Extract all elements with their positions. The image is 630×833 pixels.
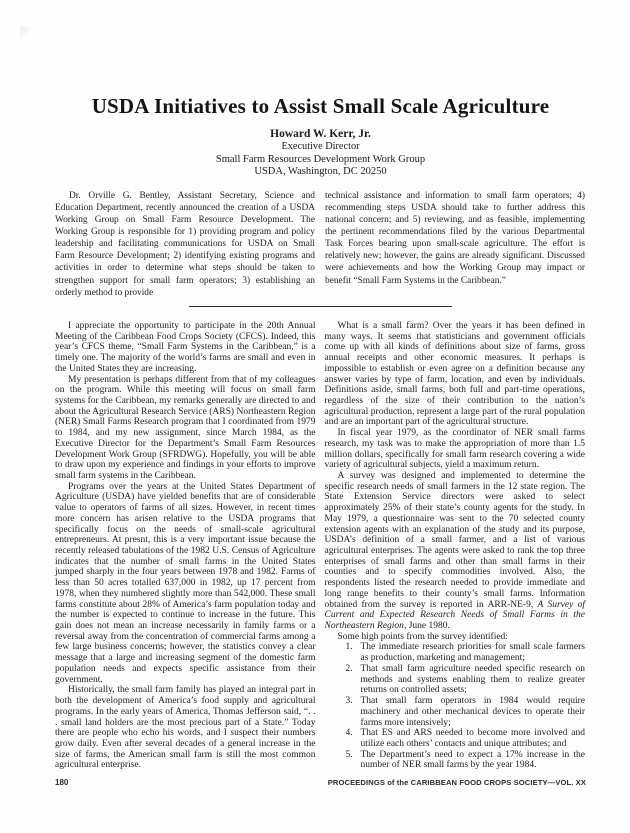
- abstract-column-right: technical assistance and information to …: [325, 190, 585, 299]
- page-content: USDA Initiatives to Assist Small Scale A…: [0, 0, 630, 771]
- list-item-text: That small farm operators in 1984 would …: [361, 696, 586, 727]
- paragraph: I appreciate the opportunity to particip…: [55, 321, 316, 375]
- list-item-text: That small farm agriculture needed speci…: [361, 664, 586, 695]
- author-name: Howard W. Kerr, Jr.: [55, 127, 586, 141]
- paragraph-survey: A survey was designed and implemented to…: [325, 471, 586, 632]
- list-item: 1.The immediate research priorities for …: [346, 642, 586, 663]
- paragraph: Historically, the small farm family has …: [55, 685, 316, 771]
- author-block: Howard W. Kerr, Jr. Executive Director S…: [55, 127, 586, 179]
- author-address: USDA, Washington, DC 20250: [55, 166, 586, 179]
- body-section: I appreciate the opportunity to particip…: [55, 321, 586, 771]
- paragraph: In fiscal year 1979, as the coordinator …: [325, 428, 586, 471]
- proceedings-label: PROCEEDINGS of the CARIBBEAN FOOD CROPS …: [328, 778, 586, 787]
- list-item: 5.The Department’s need to expect a 17% …: [346, 750, 586, 771]
- page-number: 180: [55, 778, 68, 787]
- survey-text-post: , June 1980.: [404, 621, 450, 631]
- abstract-column-left: Dr. Orville G. Bentley, Assistant Secret…: [55, 190, 315, 299]
- list-item-number: 5.: [346, 750, 361, 761]
- list-item-text: The immediate research priorities for sm…: [361, 642, 586, 663]
- list-item-number: 4.: [346, 728, 361, 739]
- section-divider: [189, 306, 452, 307]
- body-column-left: I appreciate the opportunity to particip…: [55, 321, 316, 771]
- list-item-number: 1.: [346, 642, 361, 653]
- survey-list-intro: Some high points from the survey identif…: [325, 632, 586, 643]
- scan-artifact-mark: [19, 26, 33, 42]
- survey-text-pre: A survey was designed and implemented to…: [325, 471, 586, 610]
- paragraph: My presentation is perhaps different fro…: [55, 375, 316, 482]
- body-column-right: What is a small farm? Over the years it …: [325, 321, 586, 771]
- scanned-paper-page: USDA Initiatives to Assist Small Scale A…: [0, 0, 630, 833]
- page-footer: 180 PROCEEDINGS of the CARIBBEAN FOOD CR…: [55, 778, 586, 787]
- list-item: 4.That ES and ARS needed to become more …: [346, 728, 586, 749]
- list-item-text: That ES and ARS needed to become more in…: [361, 728, 586, 749]
- list-item: 2.That small farm agriculture needed spe…: [346, 664, 586, 696]
- survey-highlights-list: 1.The immediate research priorities for …: [325, 642, 586, 771]
- author-group: Small Farm Resources Development Work Gr…: [55, 154, 586, 167]
- author-role: Executive Director: [55, 141, 586, 154]
- page-title: USDA Initiatives to Assist Small Scale A…: [55, 93, 586, 119]
- abstract-section: Dr. Orville G. Bentley, Assistant Secret…: [55, 190, 586, 299]
- list-item-text: The Department’s need to expect a 17% in…: [361, 750, 586, 771]
- paragraph: Programs over the years at the United St…: [55, 482, 316, 686]
- list-item-number: 2.: [346, 664, 361, 675]
- list-item-number: 3.: [346, 696, 361, 707]
- list-item: 3.That small farm operators in 1984 woul…: [346, 696, 586, 728]
- paragraph: What is a small farm? Over the years it …: [325, 321, 586, 428]
